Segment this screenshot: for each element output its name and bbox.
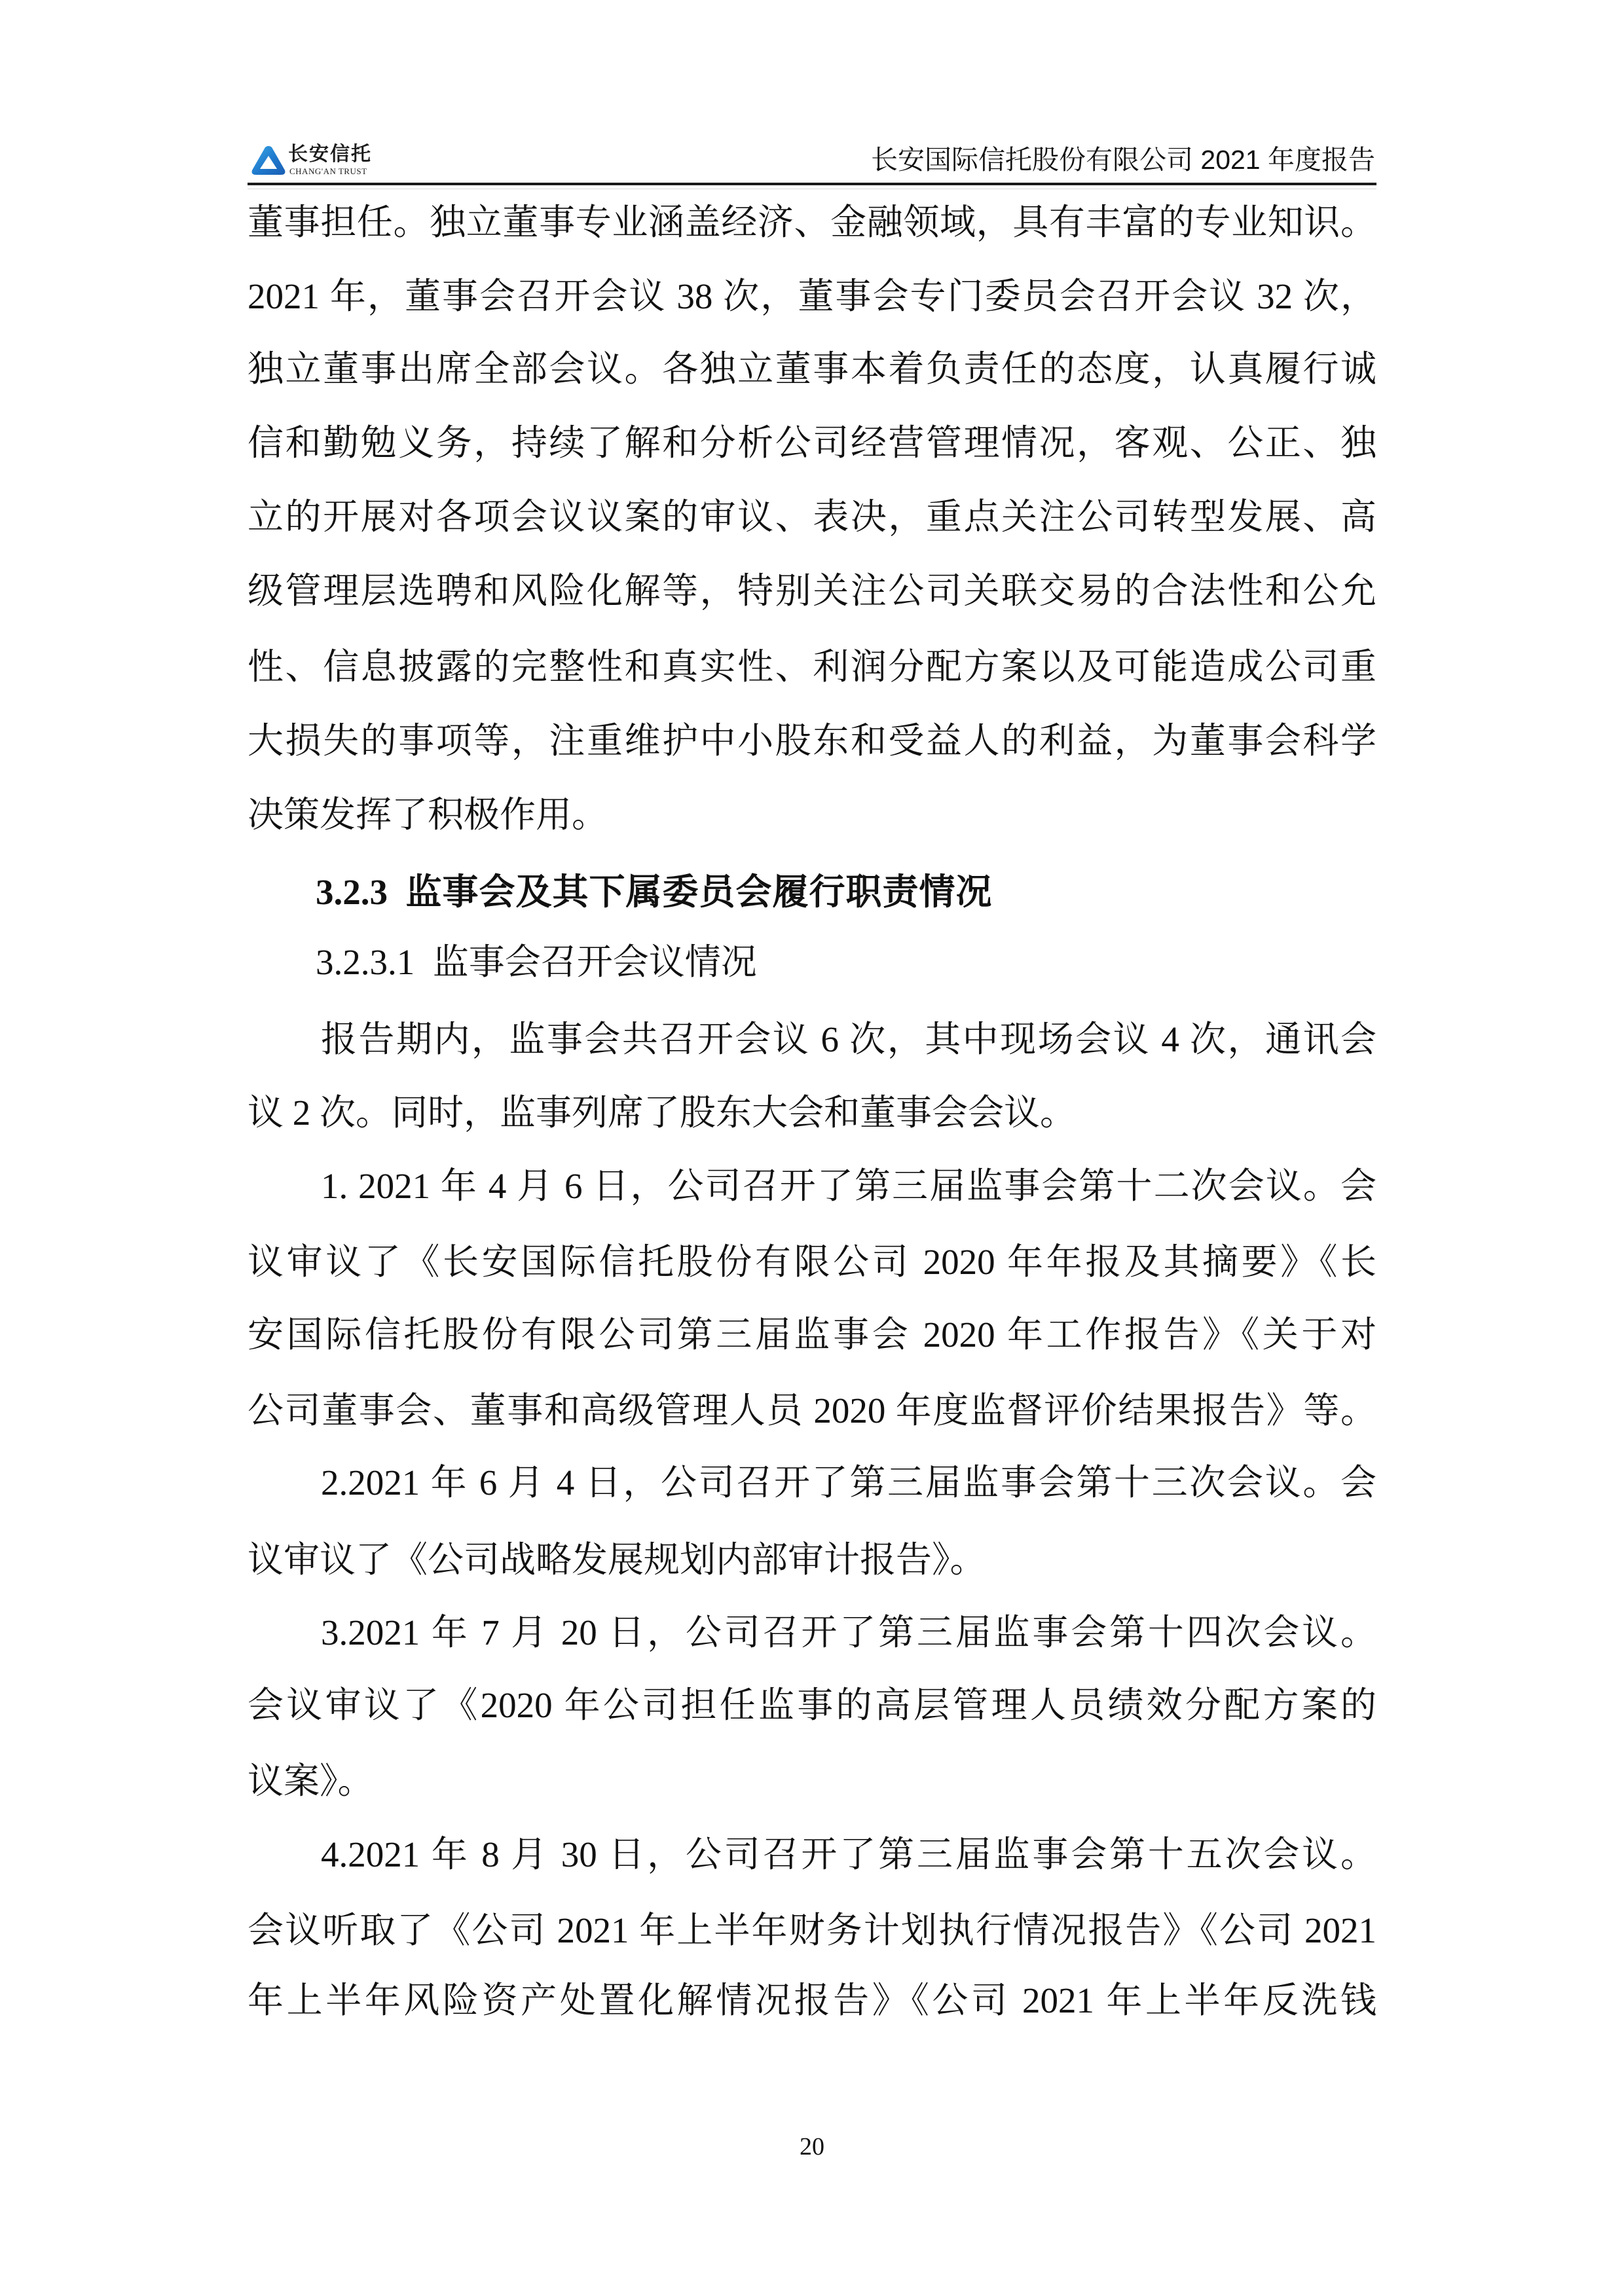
meeting-item-line: 1. 2021 年 4 月 6 日，公司召开了第三届监事会第十二次会议。会 xyxy=(321,1165,1376,1208)
meeting-item-line: 3.2021 年 7 月 20 日，公司召开了第三届监事会第十四次会议。 xyxy=(321,1611,1376,1654)
meeting-item-line: 年上半年风险资产处置化解情况报告》《公司 2021 年上半年反洗钱 xyxy=(248,1979,1376,2022)
meeting-item-line: 会议听取了《公司 2021 年上半年财务计划执行情况报告》《公司 2021 xyxy=(248,1909,1376,1952)
meeting-item-line: 安国际信托股份有限公司第三届监事会 2020 年工作报告》《关于对 xyxy=(248,1313,1376,1357)
report-title: 长安国际信托股份有限公司 2021 年度报告 xyxy=(871,144,1375,175)
header-divider xyxy=(248,183,1376,185)
meeting-item-line: 议案》。 xyxy=(248,1760,1376,1803)
subsection-title: 监事会召开会议情况 xyxy=(433,942,757,982)
meeting-item-line: 会议审议了《2020 年公司担任监事的高层管理人员绩效分配方案的 xyxy=(248,1684,1376,1727)
meeting-item-line: 2.2021 年 6 月 4 日，公司召开了第三届监事会第十三次会议。会 xyxy=(321,1461,1376,1504)
section-title: 监事会及其下属委员会履行职责情况 xyxy=(406,871,993,913)
body-line: 报告期内，监事会共召开会议 6 次，其中现场会议 4 次，通讯会 xyxy=(321,1018,1376,1061)
logo-name-cn: 长安信托 xyxy=(288,143,372,166)
triangle-logo-icon xyxy=(251,145,286,175)
meeting-item-line: 4.2021 年 8 月 30 日，公司召开了第三届监事会第十五次会议。 xyxy=(321,1833,1376,1876)
meeting-item-line: 议审议了《长安国际信托股份有限公司 2020 年年报及其摘要》《长 xyxy=(248,1241,1376,1284)
body-line: 议 2 次。同时，监事列席了股东大会和董事会会议。 xyxy=(248,1091,1376,1135)
body-line: 2021 年，董事会召开会议 38 次，董事会专门委员会召开会议 32 次， xyxy=(248,275,1376,318)
body-line: 级管理层选聘和风险化解等，特别关注公司关联交易的合法性和公允 xyxy=(248,570,1376,613)
body-line: 决策发挥了积极作用。 xyxy=(248,793,1376,837)
subsection-heading: 3.2.3.1 监事会召开会议情况 xyxy=(316,941,757,984)
subsection-number: 3.2.3.1 xyxy=(316,942,415,982)
meeting-item-line: 公司董事会、董事和高级管理人员 2020 年度监督评价结果报告》等。 xyxy=(248,1389,1376,1432)
meeting-item-line: 议审议了《公司战略发展规划内部审计报告》。 xyxy=(248,1539,1376,1582)
body-line: 独立董事出席全部会议。各独立董事本着负责任的态度，认真履行诚 xyxy=(248,348,1376,391)
body-line: 立的开展对各项会议议案的审议、表决，重点关注公司转型发展、高 xyxy=(248,496,1376,539)
body-line: 性、信息披露的完整性和真实性、利润分配方案以及可能造成公司重 xyxy=(248,646,1376,689)
body-line: 大损失的事项等，注重维护中小股东和受益人的利益，为董事会科学 xyxy=(248,720,1376,763)
document-page: 长安信托 CHANG'AN TRUST 长安国际信托股份有限公司 2021 年度… xyxy=(0,0,1624,2296)
page-number: 20 xyxy=(786,2133,838,2160)
header-divider-thin xyxy=(248,189,1376,189)
logo-name-en: CHANG'AN TRUST xyxy=(289,166,367,177)
section-number: 3.2.3 xyxy=(316,872,388,912)
body-line: 董事担任。独立董事专业涵盖经济、金融领域，具有丰富的专业知识。 xyxy=(248,201,1376,244)
company-logo: 长安信托 CHANG'AN TRUST xyxy=(249,143,406,179)
section-heading: 3.2.3 监事会及其下属委员会履行职责情况 xyxy=(316,870,993,913)
body-line: 信和勤勉义务，持续了解和分析公司经营管理情况，客观、公正、独 xyxy=(248,422,1376,465)
